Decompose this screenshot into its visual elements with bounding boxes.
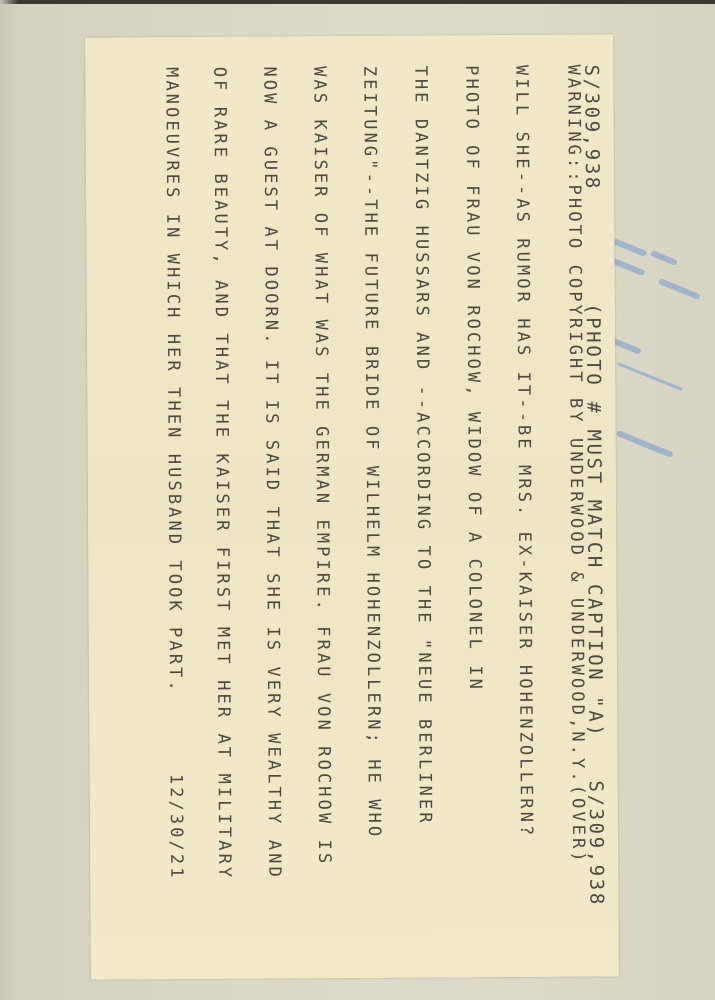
body-line-1: PHOTO OF FRAU VON ROCHOW, WIDOW OF A COL…: [461, 65, 485, 692]
caption-text: S/309,938 (PHOTO # MUST MATCH CAPTION "A…: [85, 34, 619, 979]
body-line-4: WAS KAISER OF WHAT WAS THE GERMAN EMPIRE…: [309, 66, 334, 866]
body-line-7-with-date: MANOEUVRES IN WHICH HER THEN HUSBAND TOO…: [161, 67, 186, 881]
body-line-3: ZEITUNG"--THE FUTURE BRIDE OF WILHELM HO…: [359, 66, 384, 840]
caption-slip: S/309,938 (PHOTO # MUST MATCH CAPTION "A…: [85, 34, 619, 979]
body-line-5: NOW A GUEST AT DOORN. IT IS SAID THAT SH…: [259, 66, 284, 880]
photo-left-shadow: [0, 0, 18, 1000]
headline-line: WILL SHE--AS RUMOR HAS IT--BE MRS. EX-KA…: [511, 65, 536, 839]
photo-top-edge: [0, 0, 715, 4]
body-line-2: THE DANTZIG HUSSARS AND --ACCORDING TO T…: [410, 66, 435, 826]
body-line-6: OF RARE BEAUTY, AND THAT THE KAISER FIRS…: [209, 67, 234, 881]
